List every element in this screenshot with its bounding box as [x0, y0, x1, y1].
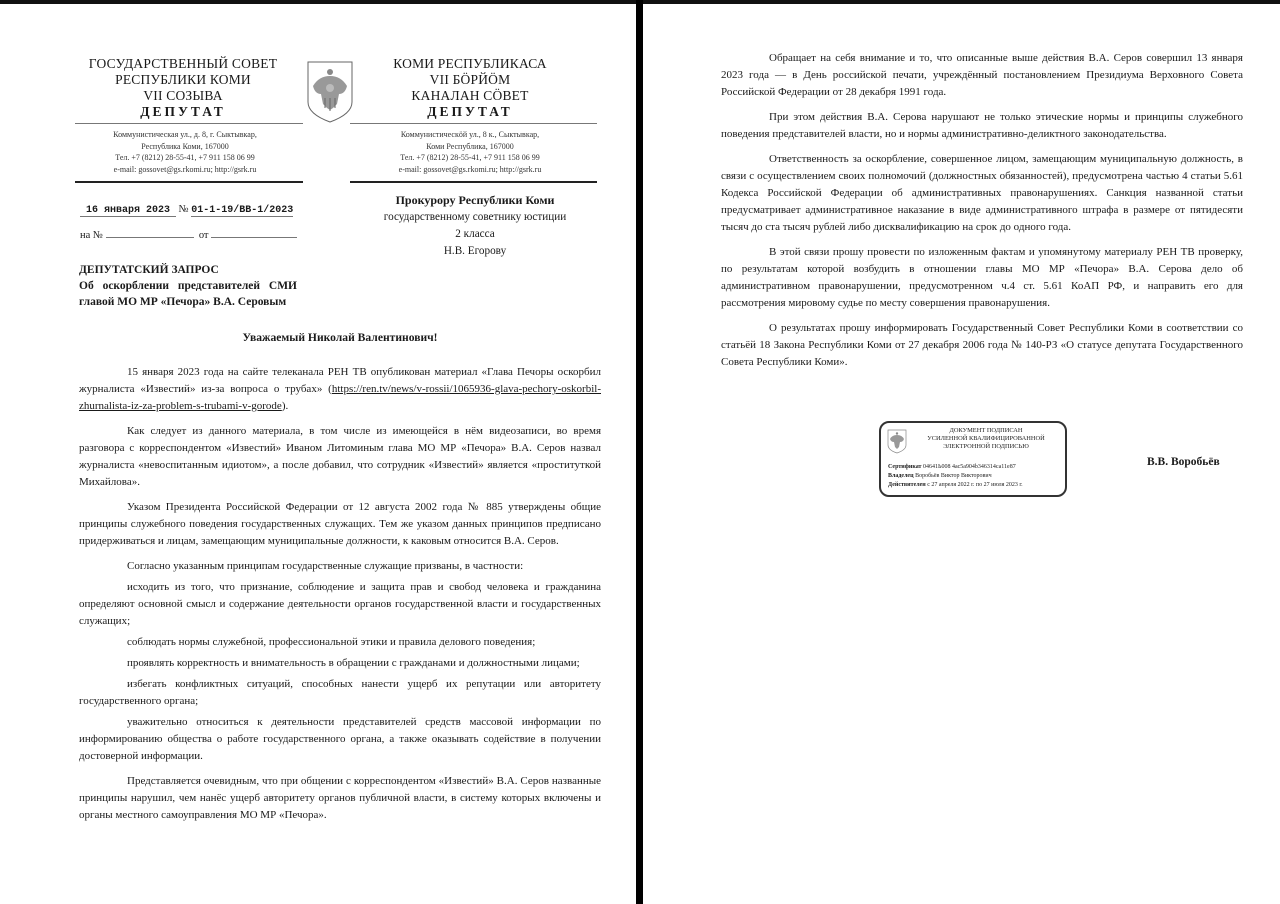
header-left-title: ДЕПУТАТ: [140, 104, 226, 119]
header-right-line-1: КОМИ РЕСПУБЛИКАСА: [360, 56, 580, 72]
address-line: e-mail: gossovet@gs.rkomi.ru; http://gsr…: [370, 164, 570, 176]
address-line: Тел. +7 (8212) 28-55-41, +7 911 158 06 9…: [370, 152, 570, 164]
signer-name: В.В. Воробьёв: [1147, 456, 1220, 468]
address-line: Тел. +7 (8212) 28-55-41, +7 911 158 06 9…: [85, 152, 285, 164]
header-left-rule: [75, 123, 303, 124]
registration-number-label: №: [179, 204, 189, 215]
certificate-value: 04641Ь008 4ac5a904b346314ca11e87: [923, 464, 1016, 470]
paragraph-4: Согласно указанным принципам государстве…: [79, 558, 601, 575]
subject-heading: ДЕПУТАТСКИЙ ЗАПРОС: [79, 262, 309, 278]
principle-1: исходить из того, что признание, соблюде…: [79, 579, 601, 630]
page-2: Обращает на себя внимание и то, что опис…: [643, 0, 1280, 904]
registration-line: 16 января 2023 № 01-1-19/ВВ-1/2023: [80, 204, 293, 217]
address-line: e-mail: gossovet@gs.rkomi.ru; http://gsr…: [85, 164, 285, 176]
stamp-heading: Документ подписан усиленной квалифициров…: [911, 427, 1061, 451]
komi-coat-of-arms-icon: [305, 60, 355, 124]
owner-label: Владелец: [888, 473, 914, 479]
stamp-heading-line: Документ подписан: [911, 427, 1061, 435]
owner-value: Воробьёв Виктор Викторович: [915, 473, 992, 479]
address-line: Коммунистическӧй ул., 8 к., Сыктывкар,: [370, 129, 570, 141]
paragraph-2: Как следует из данного материала, в том …: [79, 423, 601, 491]
validity-value: с 27 апреля 2022 г. по 27 июля 2023 г.: [927, 482, 1022, 488]
registration-date: 16 января 2023: [80, 205, 176, 217]
reference-number-label: на №: [80, 230, 103, 241]
paragraph-3: Ответственность за оскорбление, совершен…: [721, 151, 1243, 236]
greeting: Уважаемый Николай Валентинович!: [79, 331, 601, 344]
e-signature-stamp: Документ подписан усиленной квалифициров…: [879, 421, 1067, 497]
header-right-line-3: КАНАЛАН СÖВЕТ: [360, 88, 580, 104]
paragraph-text: ).: [282, 400, 288, 412]
reference-date-label: от: [199, 230, 209, 241]
address-line: Республика Коми, 167000: [85, 141, 285, 153]
header-right-bottom-rule: [350, 181, 597, 183]
header-right-rule: [350, 123, 597, 124]
page-1: ГОСУДАРСТВЕННЫЙ СОВЕТ РЕСПУБЛИКИ КОМИ VI…: [0, 0, 636, 904]
validity-label: Действителен: [888, 482, 926, 488]
body-right: Обращает на себя внимание и то, что опис…: [721, 50, 1243, 379]
header-left-line-1: ГОСУДАРСТВЕННЫЙ СОВЕТ: [78, 56, 288, 72]
subject-block: ДЕПУТАТСКИЙ ЗАПРОС Об оскорблении предст…: [79, 262, 309, 310]
principle-2: соблюдать нормы служебной, профессиональ…: [79, 634, 601, 651]
header-right-address: Коммунистическӧй ул., 8 к., Сыктывкар, К…: [370, 129, 570, 175]
page-divider: [636, 0, 643, 904]
header-right: КОМИ РЕСПУБЛИКАСА VII БÖРЙÖМ КАНАЛАН СÖВ…: [360, 56, 580, 120]
reference-date-field: [211, 225, 297, 238]
addressee-line: 2 класса: [360, 226, 590, 243]
paragraph-5: О результатах прошу информировать Госуда…: [721, 320, 1243, 371]
header-right-title: ДЕПУТАТ: [427, 104, 513, 119]
addressee-title: Прокурору Республики Коми: [360, 192, 590, 209]
header-left-address: Коммунистическая ул., д. 8, г. Сыктывкар…: [85, 129, 285, 175]
paragraph-2: При этом действия В.А. Серова нарушают н…: [721, 109, 1243, 143]
header-left-line-2: РЕСПУБЛИКИ КОМИ: [78, 72, 288, 88]
stamp-details: Сертификат 04641Ь008 4ac5a904b346314ca11…: [888, 463, 1064, 490]
addressee-line: государственному советнику юстиции: [360, 209, 590, 226]
principle-4: избегать конфликтных ситуаций, способных…: [79, 676, 601, 710]
stamp-heading-line: усиленной квалифицированной: [911, 435, 1061, 443]
principle-3: проявлять корректность и внимательность …: [79, 655, 601, 672]
header-left-line-3: VII СОЗЫВА: [78, 88, 288, 104]
paragraph-1: Обращает на себя внимание и то, что опис…: [721, 50, 1243, 101]
address-line: Коми Республика, 167000: [370, 141, 570, 153]
subject-line-2: главой МО МР «Печора» В.А. Серовым: [79, 294, 309, 310]
addressee-name: Н.В. Егорову: [360, 243, 590, 260]
address-line: Коммунистическая ул., д. 8, г. Сыктывкар…: [85, 129, 285, 141]
header-left-bottom-rule: [75, 181, 303, 183]
body-left: 15 января 2023 года на сайте телеканала …: [79, 364, 601, 832]
paragraph-1: 15 января 2023 года на сайте телеканала …: [79, 364, 601, 415]
paragraph-3: Указом Президента Российской Федерации о…: [79, 499, 601, 550]
paragraph-conclusion: Представляется очевидным, что при общени…: [79, 773, 601, 824]
header-right-line-2: VII БÖРЙÖМ: [360, 72, 580, 88]
principle-5: уважительно относиться к деятельности пр…: [79, 714, 601, 765]
paragraph-4: В этой связи прошу провести по изложенны…: [721, 244, 1243, 312]
certificate-label: Сертификат: [888, 464, 922, 470]
addressee: Прокурору Республики Коми государственно…: [360, 192, 590, 260]
reference-number-field: [106, 225, 194, 238]
komi-coat-of-arms-icon: [887, 429, 907, 454]
header-left: ГОСУДАРСТВЕННЫЙ СОВЕТ РЕСПУБЛИКИ КОМИ VI…: [78, 56, 288, 120]
reference-line: на № от: [80, 225, 297, 241]
subject-line-1: Об оскорблении представителей СМИ: [79, 278, 309, 294]
stamp-heading-line: электронной подписью: [911, 443, 1061, 451]
registration-number: 01-1-19/ВВ-1/2023: [191, 205, 293, 217]
